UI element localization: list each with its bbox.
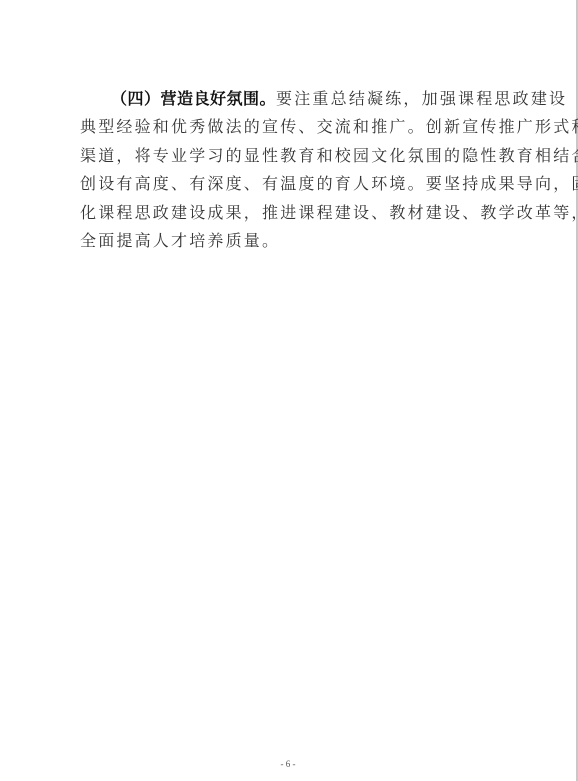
paragraph-line-4: 创设有高度、有深度、有温度的育人环境。要坚持成果导向，固 [80,170,552,198]
section-paragraph: （四）营造良好氛围。要注重总结凝练，加强课程思政建设 典型经验和优秀做法的宣传、… [80,85,552,255]
page-number: - 6 - [0,759,576,769]
paragraph-line-2: 典型经验和优秀做法的宣传、交流和推广。创新宣传推广形式和 [80,113,552,141]
paragraph-line-3: 渠道，将专业学习的显性教育和校园文化氛围的隐性教育相结合， [80,142,552,170]
document-page: （四）营造良好氛围。要注重总结凝练，加强课程思政建设 典型经验和优秀做法的宣传、… [0,0,578,781]
section-heading: （四）营造良好氛围。 [111,89,276,108]
paragraph-line-1: （四）营造良好氛围。要注重总结凝练，加强课程思政建设 [80,85,552,113]
paragraph-line-6: 全面提高人才培养质量。 [80,227,552,255]
paragraph-line-5: 化课程思政建设成果，推进课程建设、教材建设、教学改革等， [80,199,552,227]
paragraph-text: 要注重总结凝练，加强课程思政建设 [276,89,567,108]
